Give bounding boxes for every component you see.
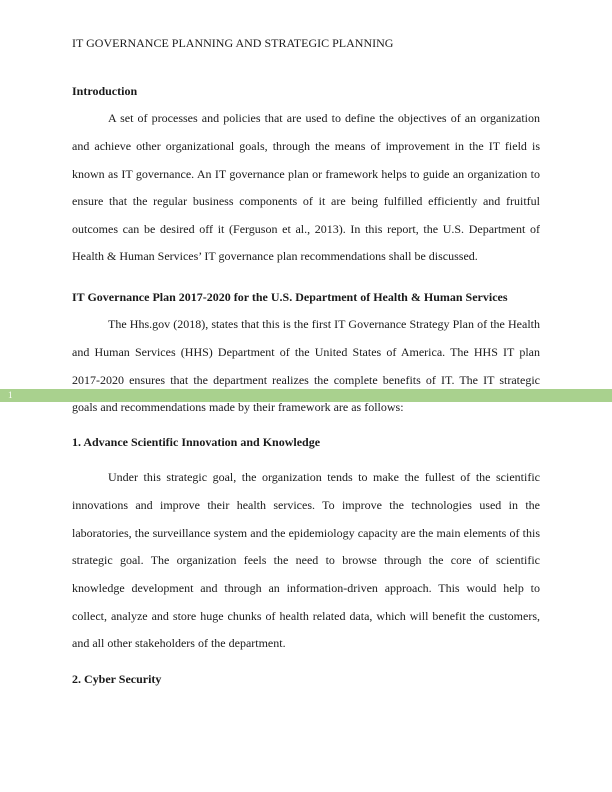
paragraph-line: laboratories, the surveillance system an… <box>72 526 540 540</box>
paragraph-line: 2017-2020 ensures that the department re… <box>72 373 540 387</box>
paragraph-line: strategic goal. The organization feels t… <box>72 553 540 567</box>
paragraph-line: and achieve other organizational goals, … <box>72 139 540 153</box>
paragraph-line: collect, analyze and store huge chunks o… <box>72 609 540 623</box>
paragraph-line: Health & Human Services’ IT governance p… <box>72 249 540 263</box>
paragraph-line: known as IT governance. An IT governance… <box>72 167 540 181</box>
paragraph-line: and Human Services (HHS) Department of t… <box>72 345 540 359</box>
paragraph-line: outcomes can be desired off it (Ferguson… <box>72 222 540 236</box>
section-heading-it-governance-plan: IT Governance Plan 2017-2020 for the U.S… <box>72 290 540 304</box>
section-heading-introduction: Introduction <box>72 84 540 98</box>
paragraph-line: ensure that the regular business compone… <box>72 194 540 208</box>
paragraph-line: knowledge development and through an inf… <box>72 581 540 595</box>
paragraph-line: Under this strategic goal, the organizat… <box>108 470 540 484</box>
section-heading-cyber-security: 2. Cyber Security <box>72 672 540 686</box>
paragraph-line: A set of processes and policies that are… <box>108 111 540 125</box>
page-number: 1 <box>8 389 13 402</box>
section-heading-advance-scientific-innovation: 1. Advance Scientific Innovation and Kno… <box>72 435 540 449</box>
paragraph-line: goals and recommendations made by their … <box>72 400 540 414</box>
running-head: IT GOVERNANCE PLANNING AND STRATEGIC PLA… <box>72 36 393 50</box>
paragraph-line: innovations and improve their health ser… <box>72 498 540 512</box>
paragraph-line: The Hhs.gov (2018), states that this is … <box>108 317 540 331</box>
paragraph-line: and all other stakeholders of the depart… <box>72 636 540 650</box>
